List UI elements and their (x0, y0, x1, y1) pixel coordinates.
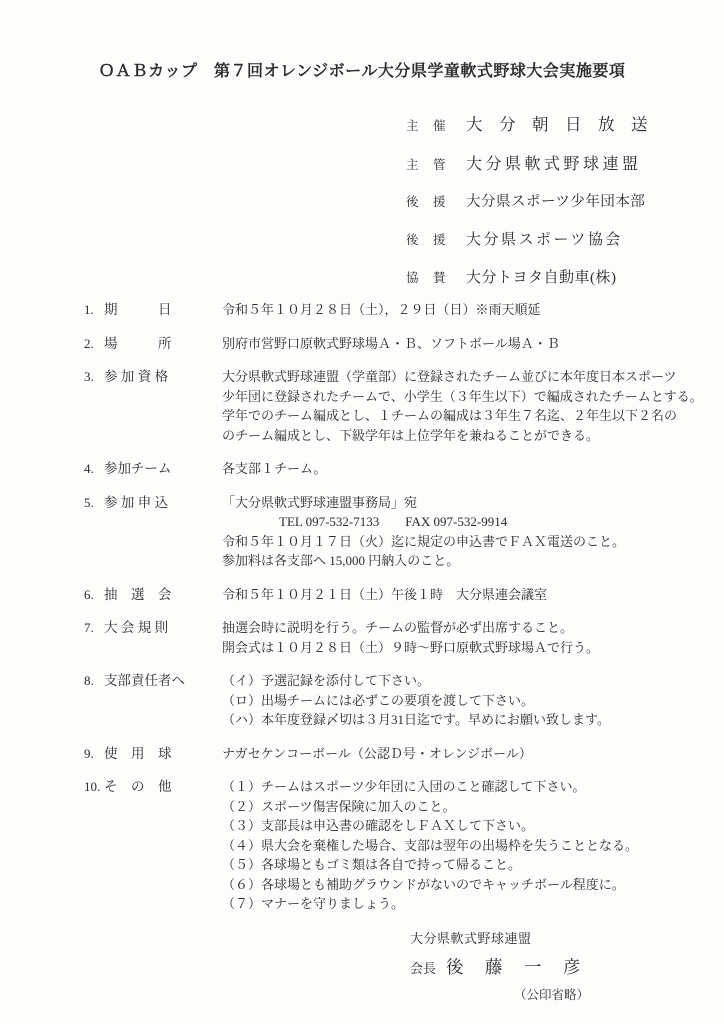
organizer-role: 後 援 (406, 192, 466, 210)
item-number: 7. (84, 618, 104, 657)
item-line: 抽選会時に説明を行う。チームの監督が必ず出席すること。 (222, 618, 706, 638)
item-line: 各支部１チーム。 (222, 459, 706, 479)
item-row-eligibility: 3. 参 加 資 格 大分県軟式野球連盟（学童部）に登録されたチーム並びに本年度… (84, 367, 706, 445)
item-line: 大分県軟式野球連盟（学童部）に登録されたチーム並びに本年度日本スポーツ (222, 367, 706, 387)
organizer-role: 協 賛 (406, 268, 466, 286)
item-line: 「大分県軟式野球連盟事務局」宛 (222, 493, 706, 513)
item-line: ナガセケンコーボール（公認Ｄ号・オレンジボール） (222, 744, 706, 764)
organizer-name: 大分県スポーツ協会 (466, 228, 623, 249)
item-number: 6. (84, 585, 104, 605)
item-line: 学年でのチーム編成とし、１チームの編成は３年生７名迄、２年生以下２名の (222, 406, 706, 426)
item-number: 3. (84, 367, 104, 445)
item-line: （１）チームはスポーツ少年団に入団のこと確認して下さい。 (222, 777, 706, 797)
item-line-tel-fax: TEL 097-532-7133 FAX 097-532-9914 (222, 512, 706, 532)
item-line: （６）各球場とも補助グラウンドがないのでキャッチボール程度に。 (222, 875, 706, 895)
organizer-row: 後 援 大分県スポーツ協会 (406, 228, 724, 249)
item-line: （２）スポーツ傷害保険に加入のこと。 (222, 797, 706, 817)
organizer-row: 後 援 大分県スポーツ少年団本部 (406, 190, 724, 211)
item-label: 参 加 資 格 (104, 367, 168, 445)
organizer-role: 主 催 (406, 116, 466, 134)
organizer-name: 大 分 朝 日 放 送 (466, 111, 648, 135)
organizer-name: 大分県軟式野球連盟 (466, 151, 642, 174)
item-label: 大 会 規 則 (104, 618, 168, 657)
item-label: 期 日 (104, 300, 172, 320)
signature-block: 大分県軟式野球連盟 会長 後 藤 一 彦 （公印省略） (410, 928, 724, 1003)
item-label: 抽 選 会 (104, 585, 172, 605)
item-number: 2. (84, 334, 104, 354)
item-line: （ロ）出場チームには必ずこの要項を渡して下さい。 (222, 691, 706, 711)
page-title: ＯＡＢカップ 第７回オレンジボール大分県学童軟式野球大会実施要項 (0, 58, 724, 81)
item-number: 5. (84, 493, 104, 571)
item-label: 使 用 球 (104, 744, 172, 764)
item-line: 令和５年１０月１７日（火）迄に規定の申込書でＦＡＸ電送のこと。 (222, 532, 706, 552)
organizer-name: 大分県スポーツ少年団本部 (466, 190, 645, 211)
organizer-row: 主 管 大分県軟式野球連盟 (406, 151, 724, 174)
item-label: そ の 他 (104, 777, 172, 914)
item-row-place: 2. 場 所 別府市営野口原軟式野球場Ａ・Ｂ、ソフトボール場Ａ・Ｂ (84, 334, 706, 354)
organizer-role: 主 管 (406, 155, 466, 173)
item-line: （ハ）本年度登録〆切は３月31日迄です。早めにお願い致します。 (222, 710, 706, 730)
item-line: 少年団に登録されたチームで、小学生（３年生以下）で編成されたチームとする。 (222, 387, 706, 407)
item-number: 8. (84, 671, 104, 730)
organizer-name: 大分トヨタ自動車(株) (466, 266, 617, 287)
item-label: 場 所 (104, 334, 172, 354)
item-label: 参 加 申 込 (104, 493, 168, 571)
item-line: （５）各球場ともゴミ類は各自で持って帰ること。 (222, 855, 706, 875)
item-number: 4. (84, 459, 104, 479)
signature-title: 会長 (410, 958, 436, 977)
item-number: 10. (84, 777, 104, 914)
item-line: （イ）予選記録を添付して下さい。 (222, 671, 706, 691)
organizer-role: 後 援 (406, 230, 466, 248)
item-row-ball: 9. 使 用 球 ナガセケンコーボール（公認Ｄ号・オレンジボール） (84, 744, 706, 764)
item-row-others: 10. そ の 他 （１）チームはスポーツ少年団に入団のこと確認して下さい。 （… (84, 777, 706, 914)
item-row-application: 5. 参 加 申 込 「大分県軟式野球連盟事務局」宛 TEL 097-532-7… (84, 493, 706, 571)
item-label: 支部責任者へ (104, 671, 185, 730)
item-line: 別府市営野口原軟式野球場Ａ・Ｂ、ソフトボール場Ａ・Ｂ (222, 334, 706, 354)
item-line: 令和５年１０月２１日（土）午後１時 大分県連会議室 (222, 585, 706, 605)
signature-name: 後 藤 一 彦 (446, 954, 583, 979)
signature-seal-note: （公印省略） (514, 985, 724, 1003)
item-row-branch-managers: 8. 支部責任者へ （イ）予選記録を添付して下さい。 （ロ）出場チームには必ずこ… (84, 671, 706, 730)
signature-organization: 大分県軟式野球連盟 (410, 928, 724, 947)
item-line: 開会式は１０月２８日（土）９時～野口原軟式野球場Ａで行う。 (222, 638, 706, 658)
items-list: 1. 期 日 令和５年１０月２８日（土），２９日（日）※雨天順延 2. 場 所 … (0, 300, 724, 914)
item-label: 参加チーム (104, 459, 172, 479)
item-line: （７）マナーを守りましょう。 (222, 894, 706, 914)
item-line: （４）県大会を棄権した場合、支部は翌年の出場枠を失うこととなる。 (222, 836, 706, 856)
document-page: ＯＡＢカップ 第７回オレンジボール大分県学童軟式野球大会実施要項 主 催 大 分… (0, 0, 724, 1024)
organizer-row: 協 賛 大分トヨタ自動車(株) (406, 266, 724, 287)
item-row-teams: 4. 参加チーム 各支部１チーム。 (84, 459, 706, 479)
item-line: のチーム編成とし、下級学年は上位学年を兼ねることができる。 (222, 426, 706, 446)
item-row-rules: 7. 大 会 規 則 抽選会時に説明を行う。チームの監督が必ず出席すること。 開… (84, 618, 706, 657)
item-line: 令和５年１０月２８日（土），２９日（日）※雨天順延 (222, 300, 706, 320)
organizers-block: 主 催 大 分 朝 日 放 送 主 管 大分県軟式野球連盟 後 援 大分県スポー… (406, 111, 724, 287)
item-number: 1. (84, 300, 104, 320)
item-row-lottery: 6. 抽 選 会 令和５年１０月２１日（土）午後１時 大分県連会議室 (84, 585, 706, 605)
organizer-row: 主 催 大 分 朝 日 放 送 (406, 111, 724, 135)
item-number: 9. (84, 744, 104, 764)
item-line: 参加料は各支部へ 15,000 円納入のこと。 (222, 551, 706, 571)
item-row-date: 1. 期 日 令和５年１０月２８日（土），２９日（日）※雨天順延 (84, 300, 706, 320)
item-line: （３）支部長は申込書の確認をしＦＡＸして下さい。 (222, 816, 706, 836)
